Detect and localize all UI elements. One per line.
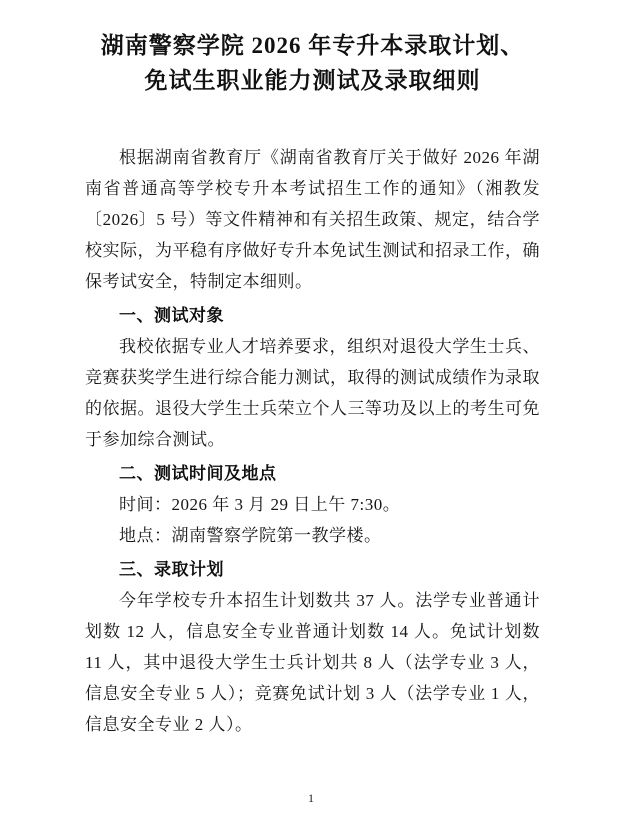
section-heading-test-time-place: 二、测试时间及地点 <box>85 458 540 489</box>
document-title: 湖南警察学院 2026 年专升本录取计划、 免试生职业能力测试及录取细则 <box>85 28 540 98</box>
document-title-line-1: 湖南警察学院 2026 年专升本录取计划、 <box>85 28 540 63</box>
test-place-paragraph: 地点：湖南警察学院第一教学楼。 <box>85 520 540 551</box>
section-heading-test-subjects: 一、测试对象 <box>85 300 540 331</box>
admission-plan-paragraph: 今年学校专升本招生计划数共 37 人。法学专业普通计划数 12 人，信息安全专业… <box>85 585 540 740</box>
document-title-line-2: 免试生职业能力测试及录取细则 <box>85 63 540 98</box>
section-test-subjects-paragraph: 我校依据专业人才培养要求，组织对退役大学生士兵、竞赛获奖学生进行综合能力测试，取… <box>85 331 540 455</box>
document-page: 湖南警察学院 2026 年专升本录取计划、 免试生职业能力测试及录取细则 根据湖… <box>0 0 622 823</box>
intro-paragraph: 根据湖南省教育厅《湖南省教育厅关于做好 2026 年湖南省普通高等学校专升本考试… <box>85 142 540 297</box>
page-number: 1 <box>0 791 622 806</box>
section-heading-admission-plan: 三、录取计划 <box>85 554 540 585</box>
test-time-paragraph: 时间：2026 年 3 月 29 日上午 7:30。 <box>85 489 540 520</box>
